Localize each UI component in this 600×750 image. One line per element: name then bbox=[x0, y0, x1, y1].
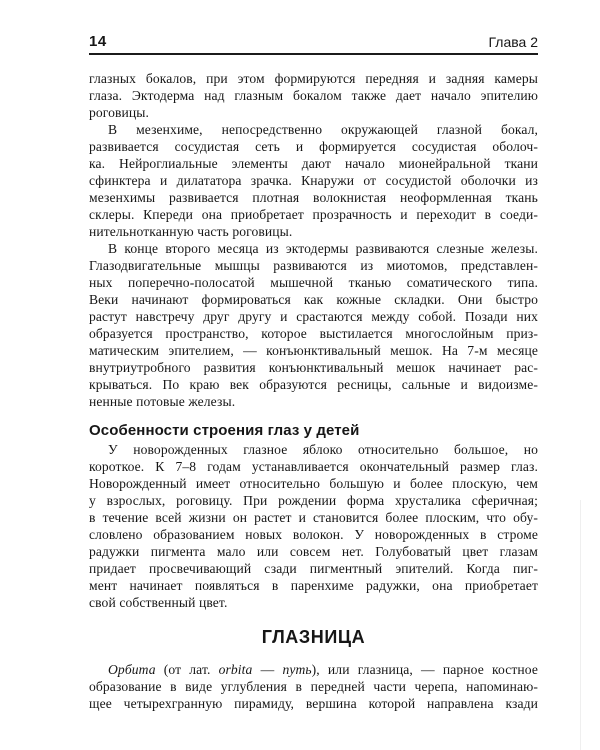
page-header: 14 Глава 2 bbox=[89, 33, 538, 55]
text-line: развивается сосудистая сеть и формируетс… bbox=[89, 138, 538, 155]
text-line: глазных бокалов, при этом формируются пе… bbox=[89, 70, 538, 87]
text-line: мент начинает появляться в паренхиме рад… bbox=[89, 577, 538, 594]
text-line: матическим эпителием, — конъюнктивальный… bbox=[89, 342, 538, 359]
paragraph-1: глазных бокалов, при этом формируются пе… bbox=[89, 70, 538, 121]
text-line: свой собственный цвет. bbox=[89, 594, 538, 611]
text-line: в течение всей жизни он растет и станови… bbox=[89, 509, 538, 526]
text-line: образуется пространство, которое выстила… bbox=[89, 325, 538, 342]
paragraph-3: В конце второго месяца из эктодермы разв… bbox=[89, 240, 538, 410]
text-line: Веки начинают формироваться как кожные с… bbox=[89, 291, 538, 308]
text-line: короткое. К 7–8 годам устанавливается ок… bbox=[89, 458, 538, 475]
chapter-label: Глава 2 bbox=[489, 34, 539, 50]
paragraph-4: У новорожденных глазное яблоко относител… bbox=[89, 441, 538, 611]
text-segment: — bbox=[252, 662, 282, 677]
text-line: Орбита (от лат. orbita — путь), или глаз… bbox=[89, 661, 538, 678]
text-line: внутриутробного развития конъюнктивальны… bbox=[89, 359, 538, 376]
text-line: у взрослых, роговицу. При рождении форма… bbox=[89, 492, 538, 509]
text-segment: ), или глазница, — парное костное bbox=[312, 662, 538, 677]
text-line: глаза. Эктодерма над глазным бокалом так… bbox=[89, 87, 538, 104]
section-subheading: Особенности строения глаз у детей bbox=[89, 421, 538, 440]
text-line: В конце второго месяца из эктодермы разв… bbox=[89, 240, 538, 257]
text-line: мезенхимы развивается плотная волокниста… bbox=[89, 189, 538, 206]
text-line: ных поперечно-полосатой мышечной тканью … bbox=[89, 274, 538, 291]
paragraph-2: В мезенхиме, непосредственно окружающей … bbox=[89, 121, 538, 240]
text-line: щее четырехгранную пирамиду, вершина кот… bbox=[89, 695, 538, 712]
italic-term: путь bbox=[282, 662, 311, 677]
text-line: нительнотканную часть роговицы. bbox=[89, 223, 538, 240]
text-line: У новорожденных глазное яблоко относител… bbox=[89, 441, 538, 458]
text-line: роговицы. bbox=[89, 104, 538, 121]
text-line: придает просвечивающий сзади пигментный … bbox=[89, 560, 538, 577]
text-column: глазных бокалов, при этом формируются пе… bbox=[89, 70, 538, 712]
text-line: В мезенхиме, непосредственно окружающей … bbox=[89, 121, 538, 138]
text-line: растут навстречу друг другу и срастаются… bbox=[89, 308, 538, 325]
text-line: ненные потовые железы. bbox=[89, 393, 538, 410]
book-page: 14 Глава 2 глазных бокалов, при этом фор… bbox=[0, 0, 600, 750]
text-line: образование в виде углубления в передней… bbox=[89, 678, 538, 695]
text-segment: (от лат. bbox=[156, 662, 219, 677]
italic-term: Орбита bbox=[108, 662, 156, 677]
text-line: ка. Нейроглиальные элементы дают начало … bbox=[89, 155, 538, 172]
italic-latin-term: orbita bbox=[219, 662, 253, 677]
text-line: Новорожденный имеет относительно большую… bbox=[89, 475, 538, 492]
page-number: 14 bbox=[89, 33, 107, 50]
section-title: ГЛАЗНИЦА bbox=[89, 627, 538, 647]
text-line: словлено образованием новых волокон. У н… bbox=[89, 526, 538, 543]
scan-edge-artifact bbox=[580, 500, 581, 750]
text-line: радужки пигмента мало или совсем нет. Го… bbox=[89, 543, 538, 560]
text-line: сфинктера и дилататора зрачка. Кнаружи о… bbox=[89, 172, 538, 189]
paragraph-5: Орбита (от лат. orbita — путь), или глаз… bbox=[89, 661, 538, 712]
text-line: Глазодвигательные мышцы развиваются из м… bbox=[89, 257, 538, 274]
text-line: крываться. По краю век образуются ресниц… bbox=[89, 376, 538, 393]
text-line: склеры. Кпереди она приобретает прозрачн… bbox=[89, 206, 538, 223]
